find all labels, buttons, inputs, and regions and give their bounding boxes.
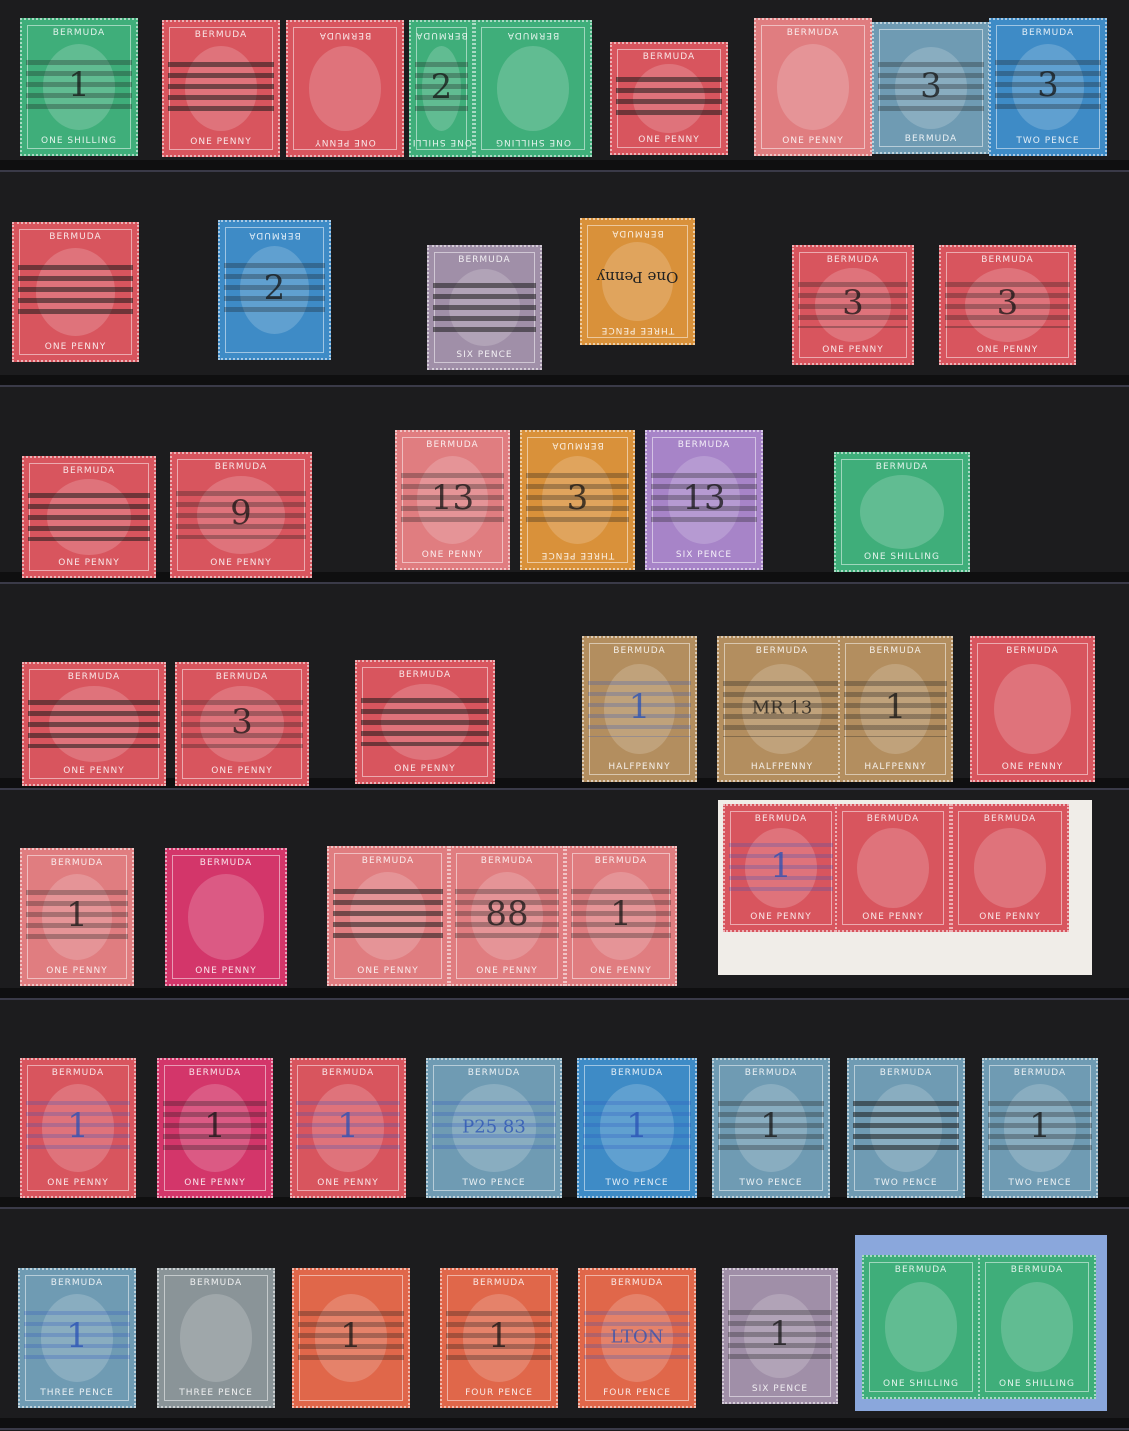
stamp-value-inscription: ONE PENNY [612, 135, 726, 145]
stamp[interactable]: BERMUDAONE PENNY1 [723, 804, 839, 932]
stamp[interactable]: THREE PENCEBERMUDA3 [520, 430, 635, 570]
stamp-top-inscription: BERMUDA [849, 1068, 963, 1078]
stamp-top-inscription: BERMUDA [357, 670, 493, 680]
mount-strip [0, 988, 1129, 1000]
stamp-value-inscription: BERMUDA [476, 30, 590, 40]
stamp-top-inscription: BERMUDA [451, 856, 563, 866]
stamp-value-inscription: ONE PENNY [941, 345, 1074, 355]
postmark-bars [333, 889, 443, 943]
stamp[interactable]: BERMUDAONE SHILLING [978, 1255, 1096, 1399]
postmark-number: 3 [842, 283, 864, 323]
postmark-number: 1 [68, 65, 90, 105]
stamp-value-inscription: ONE PENNY [172, 558, 310, 568]
stamp-value-inscription: ONE SHILLING [836, 552, 968, 562]
postmark-number: 2 [264, 268, 286, 308]
stamp-value-inscription: ONE PENNY [451, 966, 563, 976]
postmark-number: 1 [67, 1106, 89, 1146]
stamp-value-inscription: HALFPENNY [584, 762, 695, 772]
stamp-value-inscription: ONE PENNY [22, 966, 132, 976]
stamp[interactable]: BERMUDA3 [872, 22, 990, 154]
postmark-number: 3 [920, 66, 942, 106]
postmark-bars [28, 493, 150, 540]
stamp-value-inscription: TWO PENCE [579, 1178, 695, 1188]
stamp-value-inscription: ONE PENNY [329, 966, 447, 976]
stamp[interactable]: BERMUDAHALFPENNY1 [582, 636, 697, 782]
mount-strip [0, 1197, 1129, 1209]
postmark-number: 1 [626, 1106, 648, 1146]
postmark-number: MR 13 [752, 697, 813, 718]
stamp[interactable]: BERMUDAONE PENNY [22, 662, 166, 786]
stamp-value-inscription: ONE PENNY [953, 912, 1067, 922]
stamp[interactable]: BERMUDAONE PENNY1 [20, 848, 134, 986]
stamp-top-inscription: BERMUDA [167, 858, 285, 868]
stamp-top-inscription: BERMUDA [24, 466, 154, 476]
postmark-number: 1 [885, 687, 907, 727]
stamp-value-inscription: ONE PENNY [14, 342, 137, 352]
stamp-top-inscription: BERMUDA [836, 462, 968, 472]
mount-strip [0, 160, 1129, 172]
surcharge-overprint: One Penny [582, 269, 693, 285]
stamp-value-inscription: BERMUDA [874, 134, 988, 144]
stamp[interactable]: BERMUDAFOUR PENCELTON [578, 1268, 696, 1408]
stamp-top-inscription: ONE PENNY [288, 137, 402, 147]
stamp-top-inscription: THREE PENCE [582, 325, 693, 335]
stamp[interactable]: BERMUDAONE PENNY1 [565, 846, 677, 986]
stamp[interactable]: BERMUDAONE PENNY88 [449, 846, 565, 986]
stamp-value-inscription: THREE PENCE [20, 1388, 134, 1398]
postmark-number: 88 [485, 894, 528, 934]
stamp-top-inscription: BERMUDA [794, 255, 912, 265]
postmark-bars [18, 265, 133, 319]
stamp[interactable]: BERMUDAFOUR PENCE1 [440, 1268, 558, 1408]
stamp-value-inscription: FOUR PENCE [580, 1388, 694, 1398]
stamp[interactable]: BERMUDAONE PENNY [951, 804, 1069, 932]
stamp[interactable]: BERMUDAONE SHILLING [862, 1255, 980, 1399]
stamp-top-inscription: BERMUDA [612, 52, 726, 62]
mount-strip [0, 1418, 1129, 1430]
stamp-value-inscription: TWO PENCE [428, 1178, 560, 1188]
stamp[interactable]: BERMUDAONE PENNY [12, 222, 139, 362]
stamp-top-inscription: BERMUDA [22, 28, 136, 38]
mount-strip [0, 375, 1129, 387]
stamp-top-inscription: BERMUDA [172, 462, 310, 472]
stamp-top-inscription: BERMUDA [159, 1068, 271, 1078]
stamp-value-inscription: TWO PENCE [714, 1178, 828, 1188]
stamp-value-inscription: ONE PENNY [159, 1178, 271, 1188]
stamp[interactable]: BERMUDAONE PENNY1 [290, 1058, 406, 1198]
stamp[interactable]: BERMUDAHALFPENNY1 [838, 636, 953, 782]
postmark-number: 1 [66, 1316, 88, 1356]
postmark-number: 2 [431, 67, 453, 107]
postmark-bars [853, 1101, 959, 1155]
stamp[interactable]: BERMUDAHALFPENNYMR 13 [717, 636, 847, 782]
postmark-number: 1 [204, 1106, 226, 1146]
stamp-value-inscription: BERMUDA [582, 228, 693, 238]
postmark-number: 1 [769, 1314, 791, 1354]
stamp-value-inscription: ONE SHILLING [22, 136, 136, 146]
stamp-value-inscription: ONE PENNY [756, 136, 870, 146]
stamp-top-inscription: BERMUDA [719, 646, 845, 656]
stamp-value-inscription: BERMUDA [522, 440, 633, 450]
stamp-value-inscription: SIX PENCE [429, 350, 540, 360]
postmark-bars [433, 283, 536, 331]
postmark-number: 1 [760, 1106, 782, 1146]
stamp[interactable]: BERMUDATWO PENCE1 [712, 1058, 830, 1198]
stamp[interactable]: BERMUDAONE SHILLING [834, 452, 970, 572]
stamp-top-inscription: BERMUDA [20, 1278, 134, 1288]
stamp-top-inscription: BERMUDA [567, 856, 675, 866]
stamp-value-inscription: ONE PENNY [837, 912, 949, 922]
stamp-value-inscription: SIX PENCE [647, 550, 761, 560]
stamp-value-inscription: TWO PENCE [849, 1178, 963, 1188]
stamp-top-inscription: BERMUDA [984, 1068, 1096, 1078]
postmark-number: 1 [610, 894, 632, 934]
stamp[interactable]: BERMUDAONE PENNY [355, 660, 495, 784]
stamp-value-inscription: ONE PENNY [725, 912, 837, 922]
stamp-top-inscription: BERMUDA [941, 255, 1074, 265]
stamp-top-inscription: BERMUDA [329, 856, 447, 866]
stamp-top-inscription: BERMUDA [14, 232, 137, 242]
stamp-value-inscription: TWO PENCE [984, 1178, 1096, 1188]
stamp[interactable]: BERMUDAONE PENNY3 [175, 662, 309, 786]
stamp[interactable]: BERMUDAONE PENNY [327, 846, 449, 986]
stamp-value-inscription: ONE PENNY [164, 137, 278, 147]
stamp[interactable]: BERMUDAONE PENNY9 [170, 452, 312, 578]
stamp-value-inscription: ONE PENNY [177, 766, 307, 776]
stamp-value-inscription: HALFPENNY [719, 762, 845, 772]
stamp[interactable]: BERMUDASIX PENCE [427, 245, 542, 370]
postmark-number: 1 [629, 687, 651, 727]
stamp[interactable]: BERMUDAONE SHILLING1 [20, 18, 138, 156]
stamp-value-inscription: THREE PENCE [159, 1388, 273, 1398]
stamp[interactable]: BERMUDAONE PENNY1 [20, 1058, 136, 1198]
stamp-value-inscription: HALFPENNY [840, 762, 951, 772]
stamp-value-inscription: ONE SHILLING [864, 1379, 978, 1389]
postmark-bars [28, 700, 160, 748]
stamp-top-inscription: ONE SHILLING [476, 137, 590, 147]
stamp-value-inscription: ONE PENNY [794, 345, 912, 355]
stamp[interactable]: BERMUDAONE PENNY [165, 848, 287, 986]
stamp-value-inscription: ONE SHILLING [980, 1379, 1094, 1389]
stamp[interactable]: BERMUDAONE PENNY [610, 42, 728, 155]
stamp-top-inscription: BERMUDA [756, 28, 870, 38]
stamp-value-inscription: ONE PENNY [22, 1178, 134, 1188]
stamp-top-inscription: BERMUDA [24, 672, 164, 682]
stamp-top-inscription: BERMUDA [953, 814, 1067, 824]
stamp[interactable]: SIX PENCE1 [722, 1268, 838, 1404]
stamp[interactable]: BERMUDAONE PENNY3 [939, 245, 1076, 365]
stamp[interactable]: BERMUDAONE PENNY [754, 18, 872, 156]
stamp[interactable]: BERMUDATWO PENCEP25 83 [426, 1058, 562, 1198]
stamp-top-inscription: BERMUDA [164, 30, 278, 40]
postmark-number: 1 [340, 1316, 362, 1356]
stamp[interactable]: BERMUDAONE PENNY13 [395, 430, 510, 570]
stamp[interactable]: BERMUDA2 [218, 220, 331, 360]
stamp-top-inscription: BERMUDA [864, 1265, 978, 1275]
postmark-number: 3 [231, 702, 253, 742]
postmark-number: LTON [611, 1326, 664, 1347]
stamp-top-inscription: BERMUDA [159, 1278, 273, 1288]
stamp-top-inscription: BERMUDA [177, 672, 307, 682]
stamp-value-inscription: ONE PENNY [167, 966, 285, 976]
stamp-value-inscription: ONE PENNY [972, 762, 1093, 772]
stamp-top-inscription: ONE SHILLING [411, 137, 472, 147]
stamp[interactable]: BERMUDATHREE PENCE1 [18, 1268, 136, 1408]
postmark-number: 1 [66, 895, 88, 935]
postmark-number: P25 83 [462, 1116, 526, 1137]
stamp-top-inscription: BERMUDA [972, 646, 1093, 656]
postmark-number: 1 [1029, 1106, 1051, 1146]
stamp[interactable]: BERMUDATHREE PENCE [157, 1268, 275, 1408]
stamp[interactable]: BERMUDAONE PENNY1 [157, 1058, 273, 1198]
stamp[interactable]: BERMUDAONE PENNY [162, 20, 280, 157]
stamp[interactable]: BERMUDAONE PENNY [22, 456, 156, 578]
mount-strip [0, 778, 1129, 790]
stamp-top-inscription: BERMUDA [980, 1265, 1094, 1275]
postmark-number: 13 [431, 478, 474, 518]
stamp[interactable]: BERMUDAONE PENNY [970, 636, 1095, 782]
stamp-top-inscription: BERMUDA [397, 440, 508, 450]
postmark-bars [616, 77, 722, 121]
stamp[interactable]: BERMUDATWO PENCE [847, 1058, 965, 1198]
stamp-top-inscription: BERMUDA [22, 1068, 134, 1078]
stamp-value-inscription: ONE PENNY [357, 764, 493, 774]
stamp-value-inscription: ONE PENNY [292, 1178, 404, 1188]
stamp-value-inscription: ONE PENNY [24, 766, 164, 776]
stamp[interactable]: ONE SHILLINGBERMUDA [474, 20, 592, 157]
stamp[interactable]: BERMUDAONE PENNY3 [792, 245, 914, 365]
stamp-top-inscription: BERMUDA [725, 814, 837, 824]
stamp-value-inscription: BERMUDA [411, 30, 472, 40]
stamp-top-inscription: BERMUDA [428, 1068, 560, 1078]
stamp-top-inscription: BERMUDA [579, 1068, 695, 1078]
postmark-number: 3 [1037, 65, 1059, 105]
stamp-value-inscription: ONE PENNY [567, 966, 675, 976]
stamp[interactable]: BERMUDATWO PENCE1 [982, 1058, 1098, 1198]
stamp-top-inscription: BERMUDA [292, 1068, 404, 1078]
postmark-number: 9 [230, 493, 252, 533]
stamp-top-inscription: BERMUDA [584, 646, 695, 656]
postmark-number: 1 [488, 1316, 510, 1356]
stamp-top-inscription: BERMUDA [442, 1278, 556, 1288]
stamp[interactable]: BERMUDATWO PENCE1 [577, 1058, 697, 1198]
stamp[interactable]: ONE PENNYBERMUDA [286, 20, 404, 157]
stamp[interactable]: BERMUDASIX PENCE13 [645, 430, 763, 570]
stamp[interactable]: 1 [292, 1268, 410, 1408]
stamp[interactable]: ONE SHILLINGBERMUDA2 [409, 20, 474, 157]
stamp-value-inscription: BERMUDA [288, 30, 402, 40]
postmark-number: 1 [770, 846, 792, 886]
stamp-value-inscription: ONE PENNY [397, 550, 508, 560]
postmark-number: 3 [997, 283, 1019, 323]
stamp-top-inscription: BERMUDA [647, 440, 761, 450]
postmark-bars [361, 698, 489, 746]
stamp-top-inscription: BERMUDA [22, 858, 132, 868]
stamp-top-inscription: BERMUDA [580, 1278, 694, 1288]
stamp-value-inscription: SIX PENCE [724, 1384, 836, 1394]
postmark-number: 1 [337, 1106, 359, 1146]
stamp-value-inscription: FOUR PENCE [442, 1388, 556, 1398]
stamp[interactable]: BERMUDATWO PENCE3 [989, 18, 1107, 156]
stamp-top-inscription: THREE PENCE [522, 550, 633, 560]
stamp[interactable]: THREE PENCEBERMUDAOne Penny [580, 218, 695, 345]
stamp-value-inscription: TWO PENCE [991, 136, 1105, 146]
stamp-value-inscription: ONE PENNY [24, 558, 154, 568]
stamp-top-inscription: BERMUDA [991, 28, 1105, 38]
stamp-top-inscription: BERMUDA [840, 646, 951, 656]
postmark-number: 3 [567, 478, 589, 518]
postmark-number: 13 [682, 478, 725, 518]
stamp-top-inscription: BERMUDA [714, 1068, 828, 1078]
postmark-bars [168, 62, 274, 115]
stamp-top-inscription: BERMUDA [837, 814, 949, 824]
stamp-top-inscription: BERMUDA [429, 255, 540, 265]
stamp[interactable]: BERMUDAONE PENNY [835, 804, 951, 932]
stamp-value-inscription: BERMUDA [220, 230, 329, 240]
